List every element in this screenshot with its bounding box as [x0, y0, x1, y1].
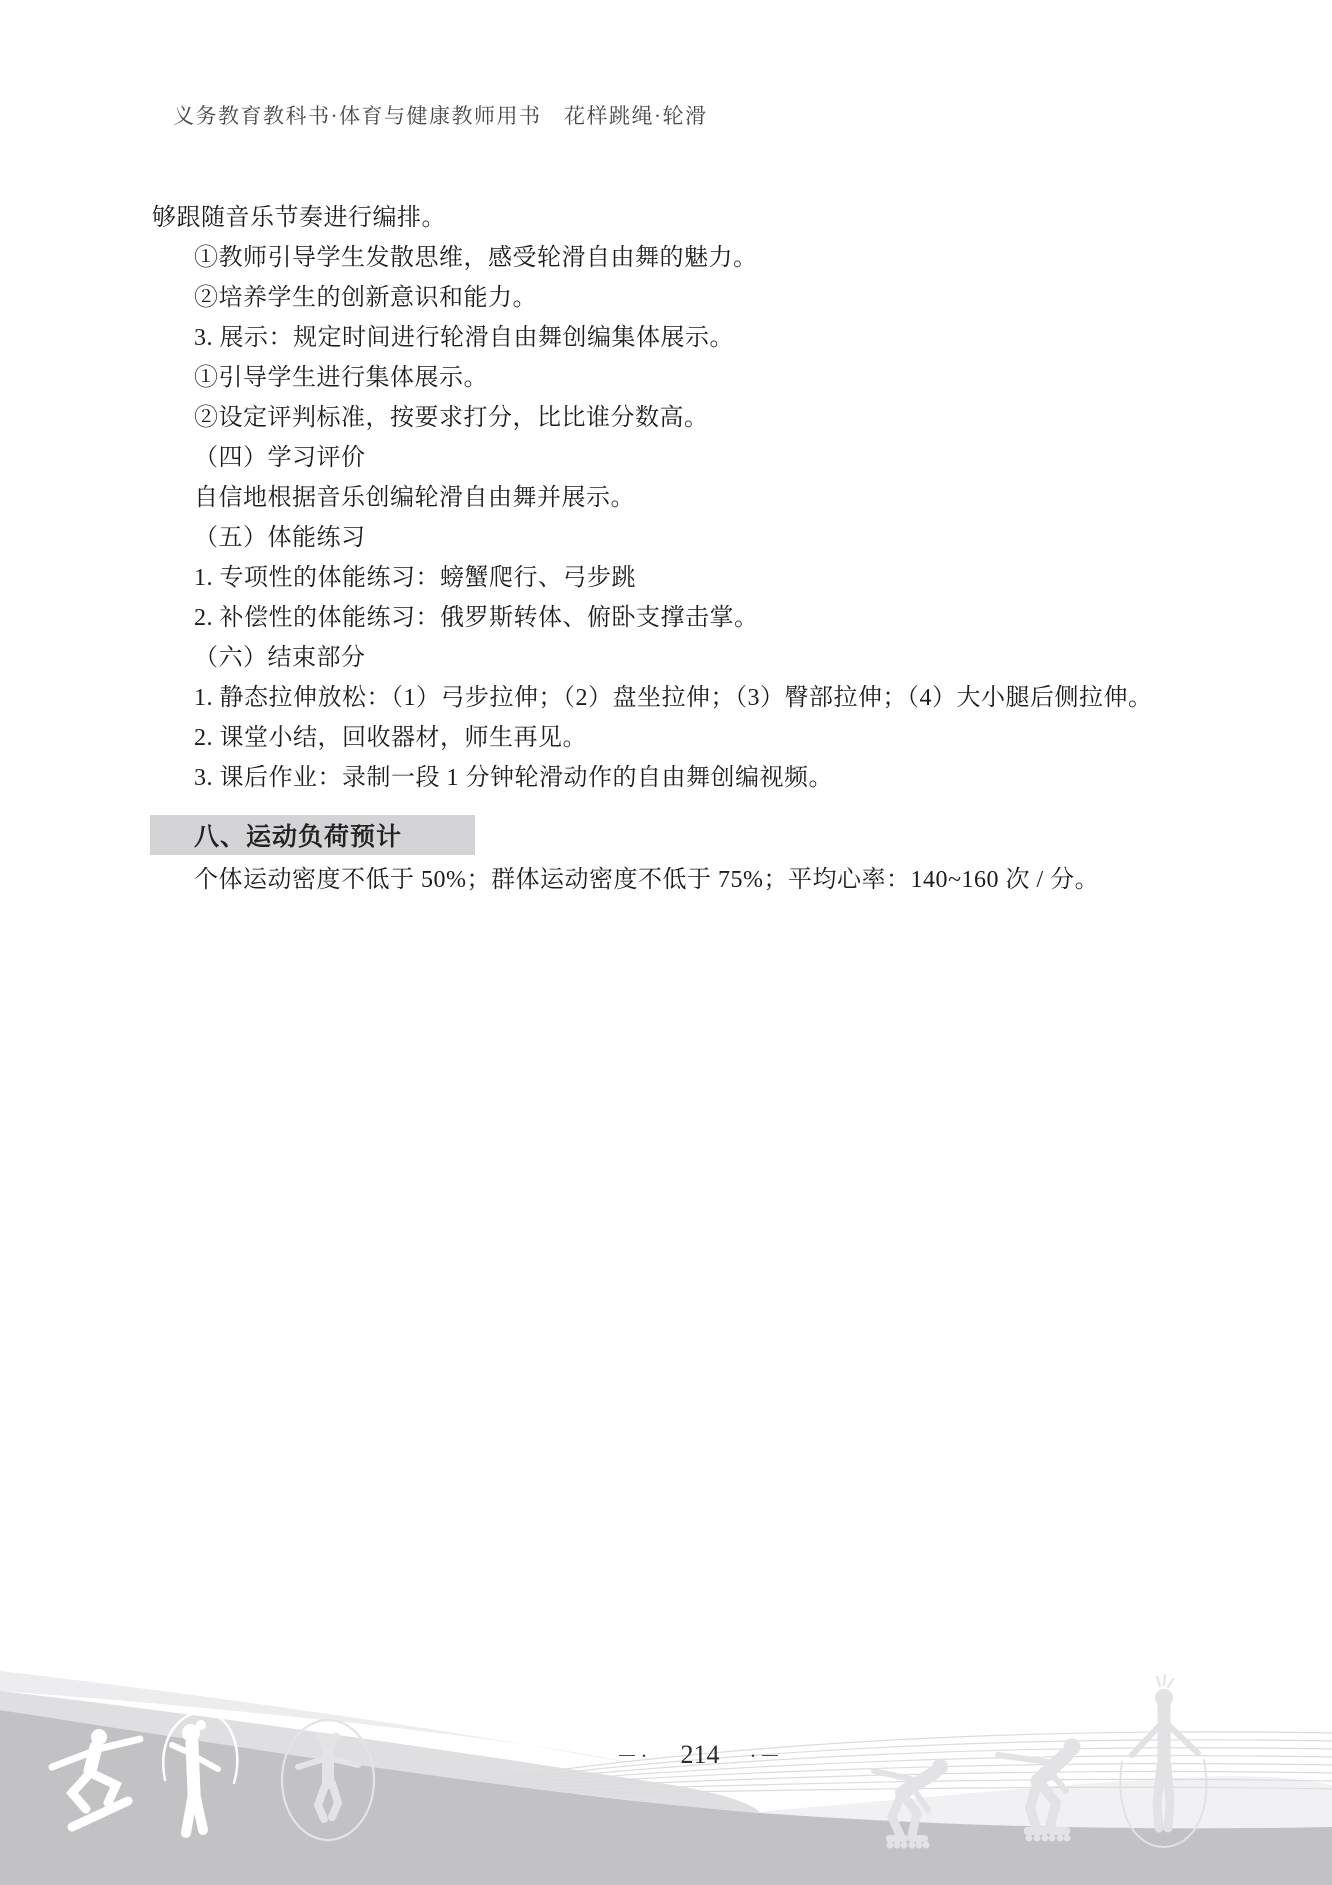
body-line: 自信地根据音乐创编轮滑自由舞并展示。 — [152, 478, 1222, 518]
body-line: 够跟随音乐节奏进行编排。 — [152, 198, 1222, 238]
body-line: 2. 补偿性的体能练习：俄罗斯转体、俯卧支撑击掌。 — [152, 598, 1222, 638]
body-line: 1. 静态拉伸放松：（1）弓步拉伸；（2）盘坐拉伸；（3）臀部拉伸；（4）大小腿… — [152, 678, 1222, 718]
body-line: ①引导学生进行集体展示。 — [152, 358, 1222, 398]
section-heading-bar: 八、运动负荷预计 — [150, 815, 475, 855]
page-number-value: 214 — [681, 1740, 720, 1770]
body-line: （五）体能练习 — [152, 518, 1222, 558]
body-line: 3. 展示：规定时间进行轮滑自由舞创编集体展示。 — [152, 318, 1222, 358]
body-line: 2. 课堂小结，回收器材，师生再见。 — [152, 718, 1222, 758]
book-page: 义务教育教科书·体育与健康教师用书 花样跳绳·轮滑 够跟随音乐节奏进行编排。 ①… — [0, 0, 1332, 1885]
body-line: ①教师引导学生发散思维，感受轮滑自由舞的魅力。 — [152, 238, 1222, 278]
body-line: （六）结束部分 — [152, 638, 1222, 678]
body-line: ②培养学生的创新意识和能力。 — [152, 278, 1222, 318]
running-header: 义务教育教科书·体育与健康教师用书 花样跳绳·轮滑 — [173, 100, 707, 130]
section-heading: 八、运动负荷预计 — [150, 817, 402, 853]
body-line: 3. 课后作业：录制一段 1 分钟轮滑动作的自由舞创编视频。 — [152, 758, 1222, 798]
body-line: （四）学习评价 — [152, 438, 1222, 478]
page-number-left-ornament: －· — [617, 1740, 651, 1770]
body-line: 1. 专项性的体能练习：螃蟹爬行、弓步跳 — [152, 558, 1222, 598]
lesson-text-block: 够跟随音乐节奏进行编排。 ①教师引导学生发散思维，感受轮滑自由舞的魅力。 ②培养… — [152, 198, 1222, 798]
page-number-right-ornament: ·－ — [750, 1740, 784, 1770]
page-number: －· 214 ·－ — [617, 1740, 784, 1770]
section-body-line: 个体运动密度不低于 50%；群体运动密度不低于 75%；平均心率：140~160… — [152, 860, 1099, 900]
body-line: ②设定评判标准，按要求打分，比比谁分数高。 — [152, 398, 1222, 438]
